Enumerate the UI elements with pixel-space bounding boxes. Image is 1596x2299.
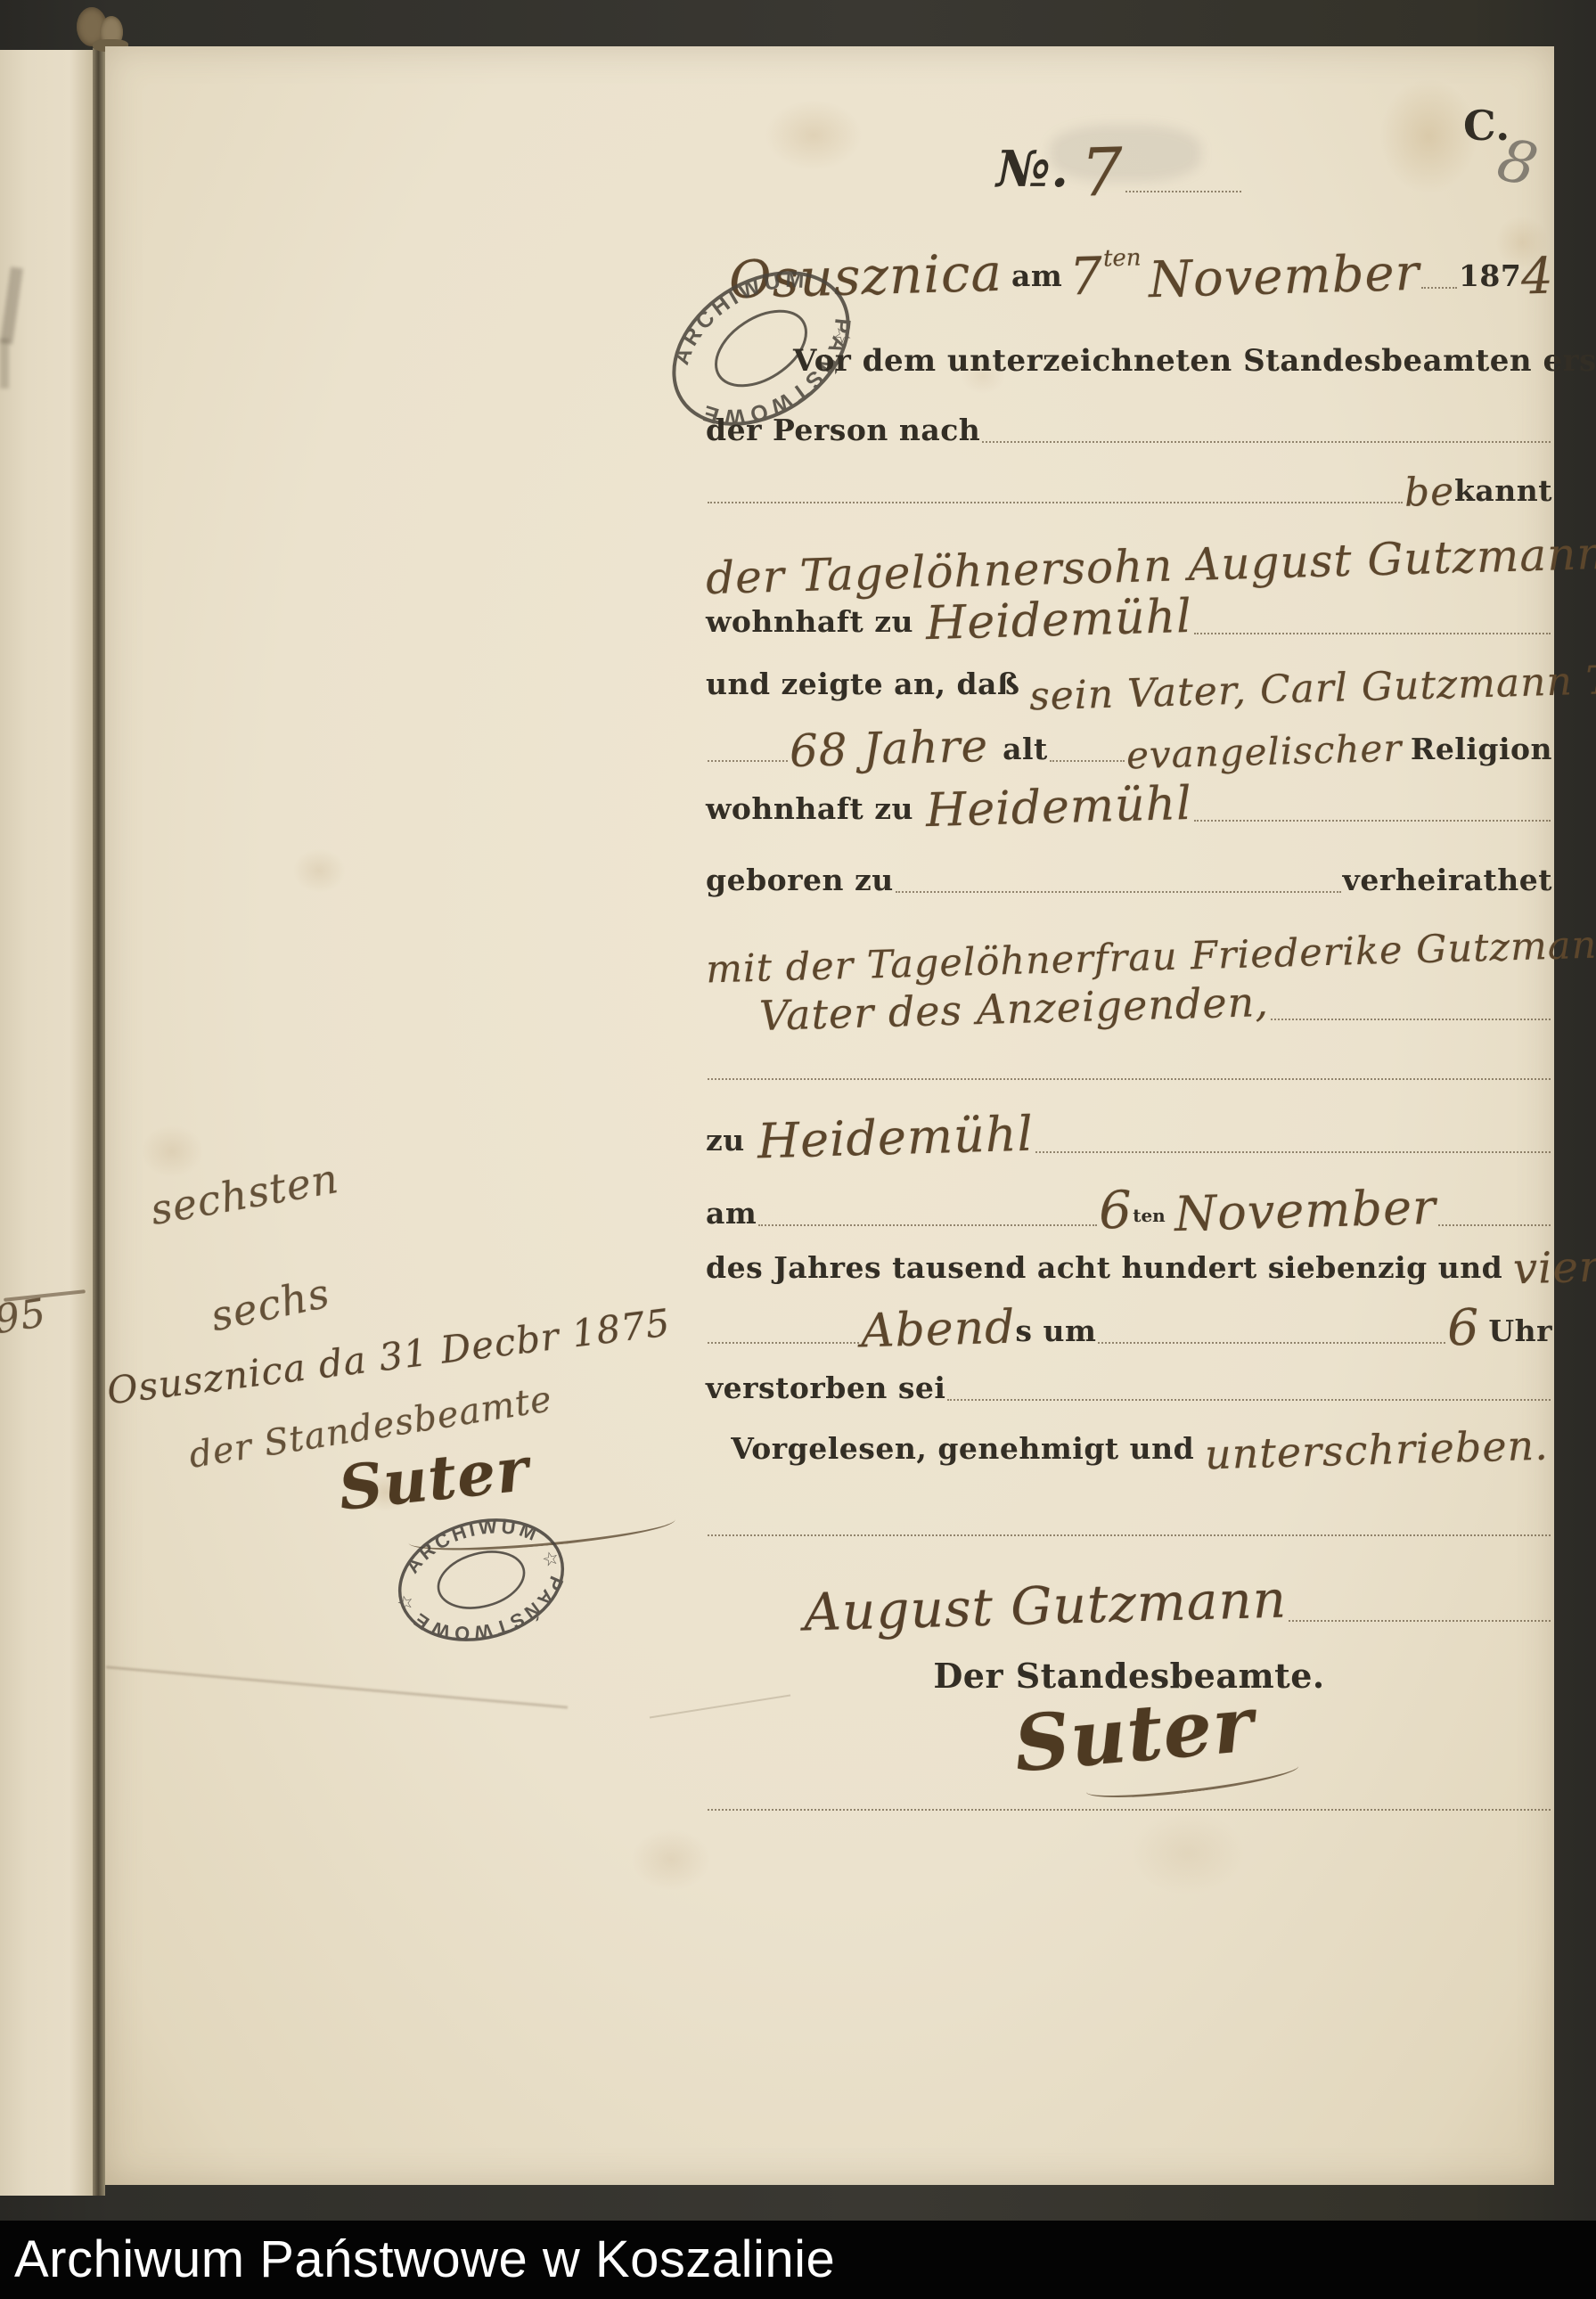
dotted-rule xyxy=(1035,1142,1551,1153)
dotted-rule xyxy=(1271,1010,1551,1020)
death-place-row: zu Heidemühl xyxy=(706,1101,1552,1157)
death-date-row: am 6ten November xyxy=(706,1173,1552,1230)
dateline-year-written: 4 xyxy=(1521,254,1555,299)
age-religion-row: 68 Jahre alt evangelischer Religion xyxy=(706,716,1552,765)
archival-scan: 95 C. 8 №. 7 Osusznica am 7ten Nov xyxy=(0,0,1596,2299)
registrar-title: Der Standesbeamte. xyxy=(933,1659,1324,1693)
stamp-bottom-text: PAŃSTWOWE xyxy=(404,1568,578,1662)
empty-rule-row xyxy=(706,1490,1552,1540)
archive-stamp: ARCHIWUM PAŃSTWOWE ☆ ☆ xyxy=(379,1496,584,1665)
known-handwritten: be xyxy=(1404,475,1454,511)
dateline-year-printed: 187 xyxy=(1459,261,1521,290)
born-married-row: geboren zu verheirathet xyxy=(706,847,1552,896)
time-word: Abend xyxy=(860,1307,1016,1354)
time-hour: 6 xyxy=(1446,1305,1480,1351)
closing-row: Vorgelesen, genehmigt und unterschrieben… xyxy=(706,1415,1552,1465)
report-row: und zeigte an, daß sein Vater, Carl Gutz… xyxy=(706,650,1552,700)
book-gutter xyxy=(93,48,105,2196)
religion-label: Religion xyxy=(1411,734,1552,764)
dotted-rule xyxy=(1289,1611,1551,1622)
report-value: sein Vater, Carl Gutzmann Tagelöhner xyxy=(1028,658,1596,715)
deceased-row: verstorben sei xyxy=(706,1354,1552,1404)
identity-row: der Person nach xyxy=(706,397,1552,446)
dotted-rule xyxy=(1438,1215,1551,1226)
relation-row: Vater des Anzeigenden, xyxy=(706,974,1552,1024)
spouse-row: mit der Tagelöhnerfrau Friederike Gutzma… xyxy=(706,914,1552,968)
record-number-label: №. xyxy=(996,144,1068,194)
dotted-rule xyxy=(1125,182,1241,192)
empty-rule-row xyxy=(706,1034,1552,1084)
closing-printed: Vorgelesen, genehmigt und xyxy=(731,1434,1194,1463)
declarant-signature: August Gutzmann xyxy=(803,1575,1287,1635)
declarant-signature-row: August Gutzmann xyxy=(706,1563,1552,1625)
registrar-title-row: Der Standesbeamte. xyxy=(706,1650,1552,1695)
death-date-label: am xyxy=(706,1199,757,1228)
dotted-rule xyxy=(758,1215,1097,1226)
dotted-rule xyxy=(708,1800,1551,1811)
deceased-label: verstorben sei xyxy=(706,1373,945,1403)
report-label: und zeigte an, daß xyxy=(706,669,1020,699)
closing-hw: unterschrieben. xyxy=(1205,1427,1550,1473)
religion-value: evangelischer xyxy=(1125,732,1402,773)
death-month: November xyxy=(1174,1186,1436,1237)
record-number-line: №. 7 xyxy=(996,128,1317,196)
archive-caption: Archiwum Państwowe w Koszalinie xyxy=(0,2221,1596,2299)
residence-label: wohnhaft zu xyxy=(706,607,913,636)
dotted-rule xyxy=(708,1069,1551,1080)
married-label: verheirathet xyxy=(1343,865,1552,895)
residence-row-2: wohnhaft zu Heidemühl xyxy=(706,775,1552,825)
dateline-day-suffix: ten xyxy=(1103,248,1142,270)
death-time-row: Abends um 6 Uhr xyxy=(706,1292,1552,1347)
born-label: geboren zu xyxy=(706,865,894,895)
bleed-mark: 95 xyxy=(0,1296,49,1338)
death-year-hw: vier xyxy=(1513,1248,1596,1289)
margin-note-line2: sechs xyxy=(208,1274,332,1336)
time-printed: s um xyxy=(1015,1316,1096,1346)
dotted-rule xyxy=(1421,278,1457,289)
dotted-rule xyxy=(708,1333,859,1344)
age-label: alt xyxy=(1003,734,1048,764)
dotted-rule xyxy=(708,1526,1551,1536)
death-place-label: zu xyxy=(706,1125,745,1155)
dotted-rule xyxy=(1050,751,1125,762)
residence-value: Heidemühl xyxy=(925,783,1192,832)
death-day: 6 xyxy=(1099,1186,1134,1233)
dateline-month: November xyxy=(1148,250,1420,303)
dotted-rule xyxy=(1098,1333,1445,1344)
known-printed: kannt xyxy=(1454,476,1552,505)
dotted-rule xyxy=(1194,811,1551,822)
dateline-am: am xyxy=(1011,261,1062,290)
margin-signature: Suter xyxy=(336,1443,531,1517)
dotted-rule xyxy=(708,751,788,762)
residence-value: Heidemühl xyxy=(925,596,1192,645)
empty-rule-row xyxy=(706,1764,1552,1814)
record-number-value: 7 xyxy=(1080,143,1125,204)
margin-note-line1: sechsten xyxy=(148,1160,341,1230)
age-value: 68 Jahre xyxy=(789,726,988,772)
margin-note-line3: Osusznica da 31 Decbr 1875 xyxy=(105,1305,672,1408)
previous-page-edge xyxy=(0,50,93,2196)
death-place-value: Heidemühl xyxy=(757,1113,1034,1164)
death-day-suffix: ten xyxy=(1133,1207,1166,1224)
death-record-page: C. 8 №. 7 Osusznica am 7ten November 187… xyxy=(105,46,1554,2185)
dotted-rule xyxy=(947,1390,1551,1401)
svg-text:PAŃSTWOWE: PAŃSTWOWE xyxy=(404,1568,578,1662)
dotted-rule xyxy=(1194,624,1551,634)
dotted-rule xyxy=(708,493,1403,503)
residence-label: wohnhaft zu xyxy=(706,794,913,823)
identity-label: der Person nach xyxy=(706,415,980,445)
time-uhr: Uhr xyxy=(1488,1316,1552,1346)
declarant-row: der Tagelöhnersohn August Gutzmann xyxy=(706,528,1552,583)
dateline-day: 7 xyxy=(1069,252,1104,299)
dotted-rule xyxy=(896,882,1341,893)
death-year-printed: des Jahres tausend acht hundert siebenzi… xyxy=(706,1253,1502,1282)
opening-line: Vor dem unterzeichneten Standesbeamten e… xyxy=(793,346,1596,376)
archive-caption-bar: Archiwum Państwowe w Koszalinie xyxy=(0,2221,1596,2299)
known-row: be kannt xyxy=(706,457,1552,507)
death-year-row: des Jahres tausend acht hundert siebenzi… xyxy=(706,1234,1552,1284)
residence-row-1: wohnhaft zu Heidemühl xyxy=(706,588,1552,638)
stamp-star-icon: ☆ xyxy=(394,1590,416,1616)
relation-line: Vater des Anzeigenden, xyxy=(759,984,1270,1035)
dotted-rule xyxy=(982,432,1551,443)
dateline: Osusznica am 7ten November 1874 xyxy=(729,228,1554,292)
